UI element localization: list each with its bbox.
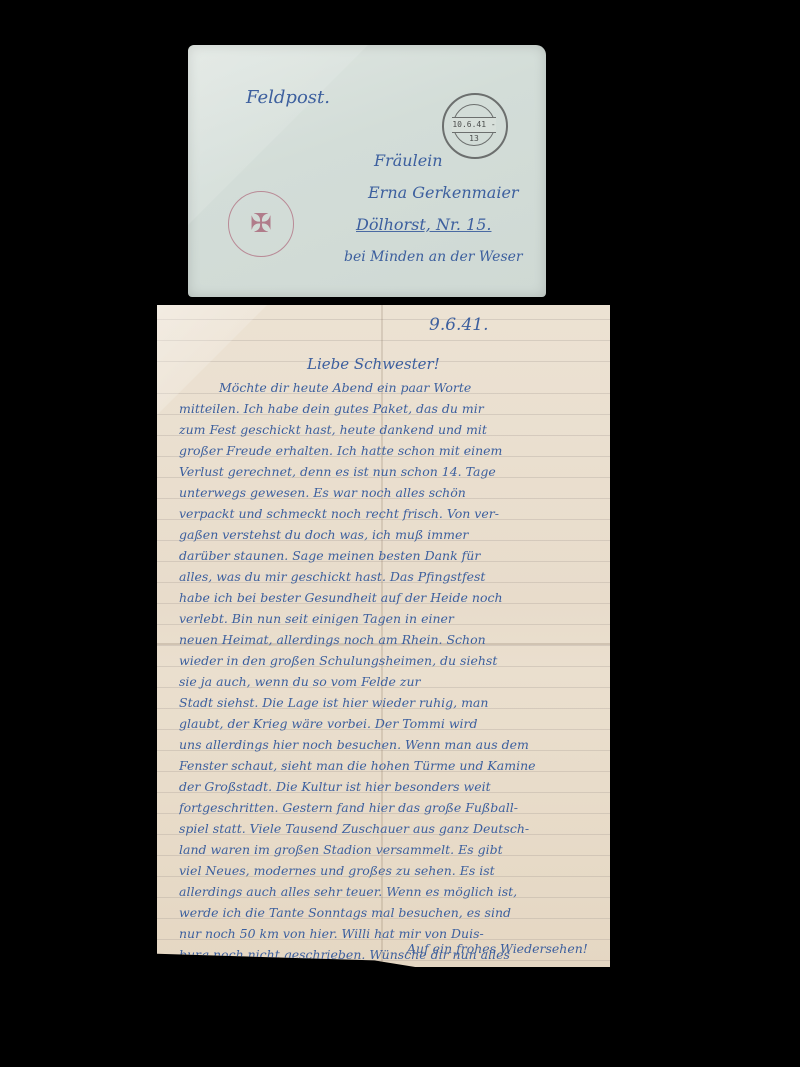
letter-body-line: darüber staunen. Sage meinen besten Dank… xyxy=(179,545,599,566)
letter-body-line: alles, was du mir geschickt hast. Das Pf… xyxy=(179,566,599,587)
letter-body-line: wieder in den großen Schulungsheimen, du… xyxy=(179,650,599,671)
letter-body-line: unterwegs gewesen. Es war noch alles sch… xyxy=(179,482,599,503)
letter-body: Möchte dir heute Abend ein paar Wortemit… xyxy=(179,377,599,1028)
letter-body-line: Gute! Viele Grüße an die Tante und Hilde… xyxy=(179,965,599,986)
address-line-3: Dölhorst, Nr. 15. xyxy=(356,215,491,234)
letter-body-line: Möchte dir heute Abend ein paar Worte xyxy=(179,377,599,398)
letter-body-line: herzlichsten Grüße vom Rhein sendet dir … xyxy=(179,986,599,1007)
envelope-heading: Feldpost. xyxy=(246,87,330,108)
letter-body-line: großer Freude erhalten. Ich hatte schon … xyxy=(179,440,599,461)
letter-body-line: allerdings auch alles sehr teuer. Wenn e… xyxy=(179,881,599,902)
postmark-stamp: 10.6.41 - 13 xyxy=(442,93,508,159)
eagle-seal-icon: ✠ xyxy=(228,191,294,257)
letter-body-line: sie ja auch, wenn du so vom Felde zur xyxy=(179,671,599,692)
letter-date: 9.6.41. xyxy=(429,315,488,335)
address-line-2: Erna Gerkenmaier xyxy=(368,183,519,202)
letter-body-line: verlebt. Bin nun seit einigen Tagen in e… xyxy=(179,608,599,629)
letter-body-line: spiel statt. Viele Tausend Zuschauer aus… xyxy=(179,818,599,839)
letter-body-line: viel Neues, modernes und großes zu sehen… xyxy=(179,860,599,881)
letter-body-line: gaßen verstehst du doch was, ich muß imm… xyxy=(179,524,599,545)
address-line-1: Fräulein xyxy=(374,151,443,170)
letter-body-line: Fenster schaut, sieht man die hohen Türm… xyxy=(179,755,599,776)
letter-body-line: der Großstadt. Die Kultur ist hier beson… xyxy=(179,776,599,797)
letter-body-line: Stadt siehst. Die Lage ist hier wieder r… xyxy=(179,692,599,713)
letter-body-line: mitteilen. Ich habe dein gutes Paket, da… xyxy=(179,398,599,419)
envelope: Feldpost. 10.6.41 - 13 ✠ Fräulein Erna G… xyxy=(188,45,546,297)
letter-greeting: Liebe Schwester! xyxy=(307,355,440,373)
letter-sheet: 9.6.41. Liebe Schwester! Möchte dir heut… xyxy=(157,305,610,967)
letter-body-line: glaubt, der Krieg wäre vorbei. Der Tommi… xyxy=(179,713,599,734)
letter-body-line: Verlust gerechnet, denn es ist nun schon… xyxy=(179,461,599,482)
letter-body-line: verpackt und schmeckt noch recht frisch.… xyxy=(179,503,599,524)
letter-closing: Auf ein frohes Wiedersehen! xyxy=(407,941,588,956)
letter-body-line: werde ich die Tante Sonntags mal besuche… xyxy=(179,902,599,923)
letter-body-line: Leb nun wohl, behüt dich Gott! xyxy=(179,1007,599,1028)
letter-body-line: zum Fest geschickt hast, heute dankend u… xyxy=(179,419,599,440)
letter-body-line: uns allerdings hier noch besuchen. Wenn … xyxy=(179,734,599,755)
address-line-4: bei Minden an der Weser xyxy=(344,249,523,265)
letter-body-line: land waren im großen Stadion versammelt.… xyxy=(179,839,599,860)
postmark-date: 10.6.41 - 13 xyxy=(452,117,496,133)
letter-body-line: habe ich bei bester Gesundheit auf der H… xyxy=(179,587,599,608)
letter-body-line: neuen Heimat, allerdings noch am Rhein. … xyxy=(179,629,599,650)
letter-body-line: fortgeschritten. Gestern fand hier das g… xyxy=(179,797,599,818)
